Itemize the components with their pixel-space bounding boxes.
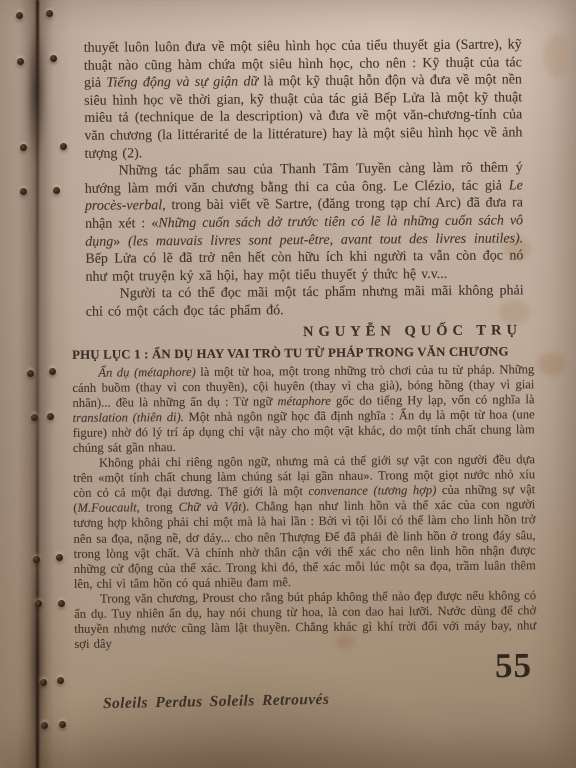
text-run: Trong văn chương, Proust cho rằng bút ph…: [74, 588, 536, 651]
footer-title: Soleils Perdus Soleils Retrouvés: [103, 691, 330, 713]
italic-text-run: Tiếng động và sự giận dữ: [106, 75, 258, 91]
stitch-hole: [50, 55, 57, 62]
stitch-hole: [47, 413, 54, 420]
stitch-hole: [49, 368, 56, 375]
paragraph: Những tác phẩm sau của Thanh Tâm Tuyền c…: [85, 159, 524, 286]
stitch-hole: [35, 600, 42, 607]
italic-text-run: (les mauvais livres sont peut-être, avan…: [128, 231, 523, 249]
stitch-hole: [33, 556, 40, 563]
stitch-hole: [27, 370, 34, 377]
appendix-text-block: Ẩn dụ (métaphore) là một từ hoa, một tro…: [72, 362, 536, 652]
stitch-hole: [31, 414, 38, 421]
stitch-hole: [41, 722, 48, 729]
italic-text-run: convenance (tương hợp): [308, 483, 436, 498]
author-name: NGUYỄN QUỐC TRỤ: [86, 322, 524, 342]
italic-text-run: Chữ và Vật: [179, 500, 242, 514]
text-run: Những tác phẩm sau của Thanh Tâm Tuyền c…: [85, 160, 523, 196]
book-page-photo: thuyết luôn luôn đưa về một siêu hình họ…: [0, 0, 576, 768]
text-run: gốc do tiếng Hy lạp, vốn có nghĩa là: [331, 392, 535, 408]
paragraph: Ẩn dụ (métaphore) là một từ hoa, một tro…: [72, 362, 535, 456]
paragraph: Người ta có thể đọc mãi một tác phẩm như…: [86, 283, 524, 322]
stitch-hole: [46, 10, 53, 17]
stitch-hole: [56, 554, 63, 561]
stitch-hole: [57, 677, 64, 684]
text-run: Bếp Lửa có lẽ đã trở nên hết còn hữu ích…: [85, 248, 523, 284]
stitch-hole: [59, 721, 66, 728]
ink-blotch: [29, 555, 45, 768]
foxing-stain: [538, 352, 566, 376]
italic-text-run: translation (thiên di).: [73, 410, 184, 425]
stitch-hole: [16, 12, 23, 19]
foxing-stain: [544, 34, 568, 78]
italic-text-run: Ẩn dụ (métaphore): [98, 364, 196, 379]
stitch-hole: [20, 188, 27, 195]
text-run: »: [113, 234, 128, 249]
appendix-heading: PHỤ LỤC 1 : ẨN DỤ HAY VAI TRÒ TU TỪ PHÁP…: [72, 344, 524, 363]
ink-blotch: [26, 18, 46, 168]
italic-text-run: M.Foucault: [77, 501, 136, 515]
stitch-hole: [60, 143, 67, 150]
page-content: thuyết luôn luôn đưa về một siêu hình họ…: [84, 36, 527, 652]
stitch-hole: [58, 600, 65, 607]
page-number: 55: [495, 646, 533, 687]
paragraph: Trong văn chương, Proust cho rằng bút ph…: [74, 588, 536, 652]
stitch-hole: [17, 58, 24, 65]
stitch-hole: [20, 144, 27, 151]
stitch-hole: [53, 187, 60, 194]
paragraph: thuyết luôn luôn đưa về một siêu hình họ…: [84, 36, 523, 163]
stitch-hole: [40, 679, 47, 686]
italic-text-run: métaphore: [277, 393, 331, 407]
text-run: Người ta có thể đọc mãi một tác phẩm như…: [86, 284, 524, 320]
main-text-block: thuyết luôn luôn đưa về một siêu hình họ…: [84, 36, 524, 321]
paragraph: Không phải chỉ riêng ngôn ngữ, nhưng mà …: [73, 452, 536, 591]
text-run: , trong: [137, 500, 179, 514]
